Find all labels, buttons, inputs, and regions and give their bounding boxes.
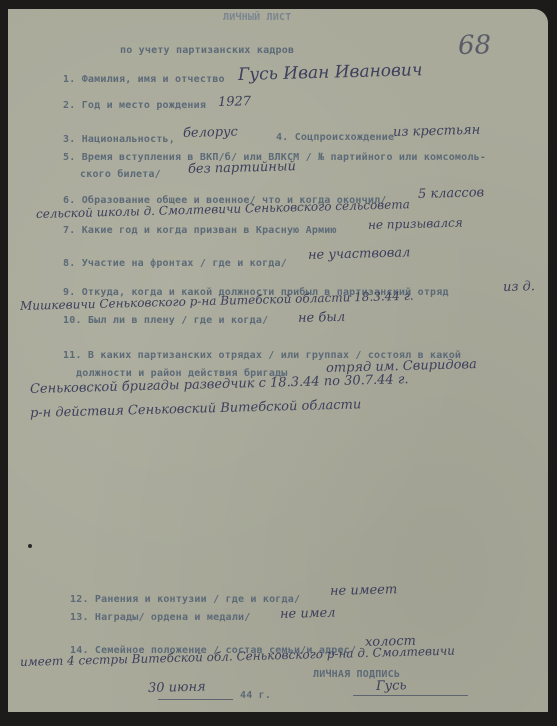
signature-line — [353, 695, 468, 696]
field-3-value: белорус — [183, 125, 238, 141]
field-2-label: 2. Год и место рождения — [63, 100, 206, 111]
field-10-value: не был — [298, 310, 346, 326]
date-year: 44 г. — [240, 690, 271, 701]
archive-page-number: 68 — [458, 30, 492, 61]
field-4-label: 4. Соцпроисхождение — [276, 132, 394, 143]
signature-value: Гусь — [376, 678, 407, 694]
field-10-label: 10. Был ли в плену / где и когда/ — [63, 315, 268, 326]
document-page: ЛИЧНЫЙ ЛИСТ по учету партизанских кадров… — [8, 9, 548, 712]
field-6-value: 5 классов — [418, 185, 485, 202]
field-7-value: не призывался — [368, 216, 463, 232]
field-9-value: из д. — [503, 279, 535, 295]
document-header: ЛИЧНЫЙ ЛИСТ — [223, 12, 291, 23]
field-1-value: Гусь Иван Иванович — [238, 60, 423, 85]
field-5-value: без партийный — [188, 159, 296, 177]
field-13-label: 13. Награды/ ордена и медали/ — [70, 612, 250, 623]
punch-hole — [28, 544, 32, 548]
field-3-label: 3. Национальность, — [63, 134, 175, 145]
field-11-value-line3: р-н действия Сеньковский Витебской облас… — [30, 397, 362, 421]
field-8-label: 8. Участие на фронтах / где и когда/ — [63, 258, 287, 269]
field-8-value: не участвовал — [308, 245, 411, 263]
field-12-value: не имеет — [330, 582, 398, 599]
field-2-value: 1927 — [218, 94, 251, 110]
field-5-label-line2: ского билета/ — [80, 169, 161, 180]
field-1-label: 1. Фамилия, имя и отчество — [63, 74, 225, 85]
field-12-label: 12. Ранения и контузии / где и когда/ — [70, 594, 300, 605]
field-7-label: 7. Какие год и когда призван в Красную А… — [63, 225, 337, 236]
field-4-value: из крестьян — [393, 123, 481, 140]
field-13-value: не имел — [280, 606, 336, 622]
document-subtitle: по учету партизанских кадров — [120, 45, 294, 56]
date-line — [158, 699, 233, 700]
date-handwritten: 30 июня — [148, 679, 206, 696]
